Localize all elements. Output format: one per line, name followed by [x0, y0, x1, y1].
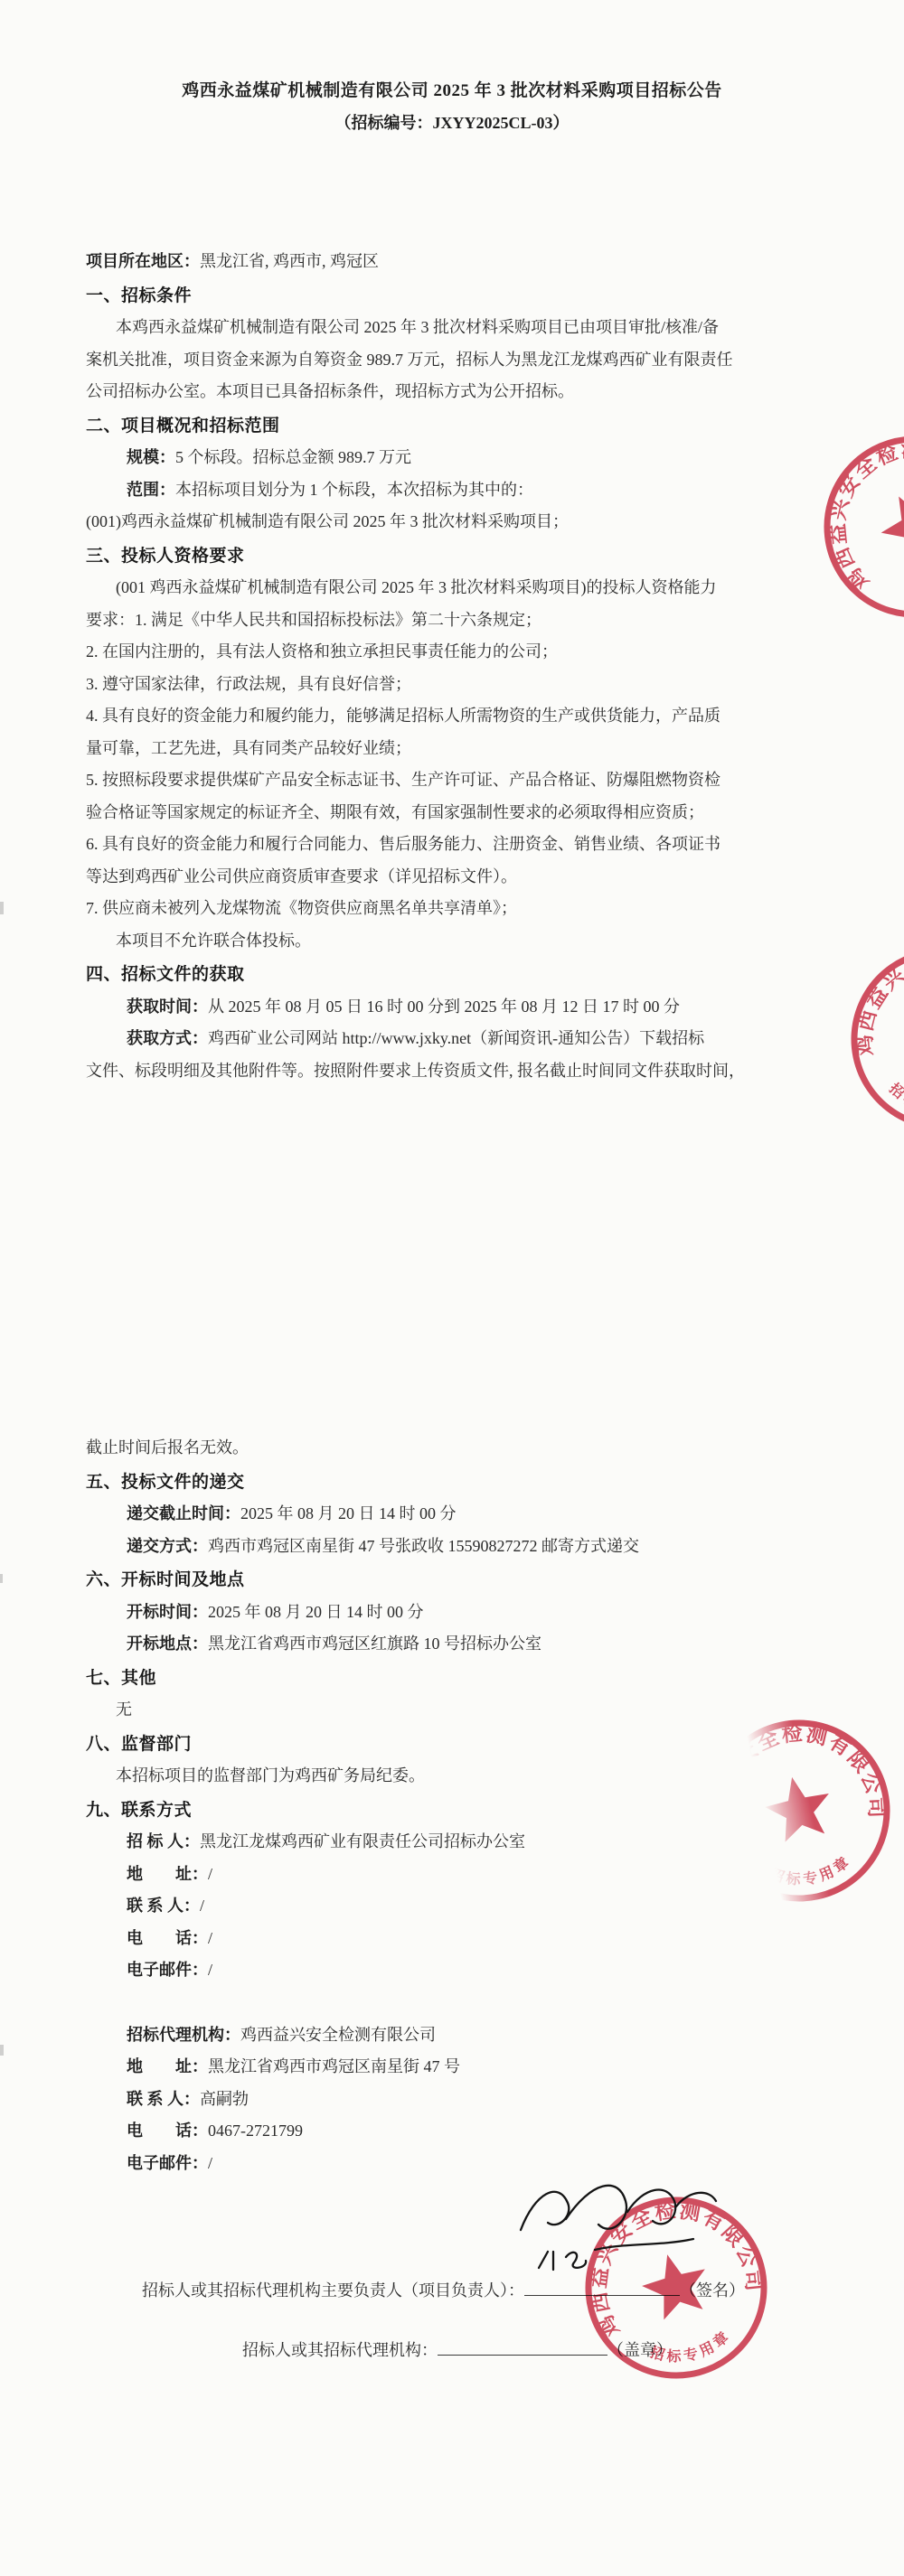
scan-artifact [0, 2045, 4, 2056]
qualification-line: 5. 按照标段要求提供煤矿产品安全标志证书、生产许可证、产品合格证、防爆阻燃物资… [86, 764, 818, 797]
section-4-heading: 四、招标文件的获取 [86, 959, 818, 991]
tenderer-line: 电子邮件：/ [86, 1954, 818, 1987]
scan-artifact [0, 902, 4, 914]
agency-value: / [208, 2154, 212, 2172]
obtain-method-line: 文件、标段明细及其他附件等。按照附件要求上传资质文件, 报名截止时间同文件获取时… [86, 1055, 818, 1088]
agency-line: 招标代理机构：鸡西益兴安全检测有限公司 [86, 2019, 818, 2052]
submit-deadline-label: 递交截止时间： [127, 1504, 240, 1522]
scanned-document-page: 鸡西永益煤矿机械制造有限公司 2025 年 3 批次材料采购项目招标公告 （招标… [0, 0, 904, 2576]
obtain-method-label: 获取方式： [127, 1029, 208, 1047]
tenderer-label: 地 址： [127, 1865, 208, 1883]
agency-value: 高嗣勃 [200, 2090, 249, 2108]
qualification-line: 要求：1. 满足《中华人民共和国招标投标法》第二十六条规定； [86, 604, 818, 637]
qualification-line: 6. 具有良好的资金能力和履行合同能力、售后服务能力、注册资金、销售业绩、各项证… [86, 829, 818, 861]
agency-line: 电 话：0467-2721799 [86, 2115, 818, 2148]
tenderer-value: / [208, 1961, 212, 1979]
qualification-line: 量可靠，工艺先进，具有同类产品较好业绩； [86, 733, 818, 765]
agency-label: 电子邮件： [127, 2154, 208, 2172]
obtain-time-line: 获取时间：从 2025 年 08 月 05 日 16 时 00 分到 2025 … [86, 991, 818, 1024]
section-6-heading: 六、开标时间及地点 [86, 1564, 818, 1597]
agency-value: 黑龙江省鸡西市鸡冠区南星街 47 号 [208, 2057, 460, 2075]
submit-deadline-line: 递交截止时间：2025 年 08 月 20 日 14 时 00 分 [86, 1498, 818, 1531]
open-time-value: 2025 年 08 月 20 日 14 时 00 分 [208, 1603, 424, 1621]
qualification-line: 4. 具有良好的资金能力和履约能力，能够满足招标人所需物资的生产或供货能力，产品… [86, 700, 818, 733]
tenderer-value: / [208, 1865, 212, 1883]
scan-artifact [0, 1574, 3, 1583]
org-seal-label: 招标人或其招标代理机构： [242, 2341, 438, 2359]
agency-label: 地 址： [127, 2057, 208, 2075]
qualification-line: 3. 遵守国家法律，行政法规，具有良好信誉； [86, 669, 818, 701]
submit-method-value: 鸡西市鸡冠区南星街 47 号张政收 15590827272 邮寄方式递交 [208, 1537, 639, 1555]
tenderer-line: 地 址：/ [86, 1859, 818, 1891]
open-time-line: 开标时间：2025 年 08 月 20 日 14 时 00 分 [86, 1597, 818, 1629]
signature-blank [524, 2279, 680, 2296]
section-2-heading: 二、项目概况和招标范围 [86, 410, 818, 443]
section-5-heading: 五、投标文件的递交 [86, 1466, 818, 1499]
agency-line: 地 址：黑龙江省鸡西市鸡冠区南星街 47 号 [86, 2051, 818, 2084]
tenderer-label: 招 标 人： [127, 1832, 200, 1850]
section-7-heading: 七、其他 [86, 1663, 818, 1695]
section-1-body-line: 本鸡西永益煤矿机械制造有限公司 2025 年 3 批次材料采购项目已由项目审批/… [86, 312, 818, 344]
agency-line: 联 系 人：高嗣勃 [86, 2084, 818, 2116]
tenderer-value: / [200, 1897, 204, 1915]
principal-signature-line: 招标人或其招标代理机构主要负责人（项目负责人）：（签名） [86, 2275, 818, 2308]
tenderer-label: 电 话： [127, 1929, 208, 1947]
tenderer-line: 联 系 人：/ [86, 1890, 818, 1923]
section-7-body: 无 [86, 1694, 818, 1727]
scope-line: 范围：本招标项目划分为 1 个标段，本次招标为其中的： [86, 474, 818, 507]
tenderer-line: 电 话：/ [86, 1923, 818, 1955]
tenderer-value: / [208, 1929, 212, 1947]
submit-method-label: 递交方式： [127, 1537, 208, 1555]
scale-value: 5 个标段。招标总金额 989.7 万元 [175, 448, 411, 466]
principal-signature-label: 招标人或其招标代理机构主要负责人（项目负责人）： [142, 2281, 524, 2300]
open-place-line: 开标地点：黑龙江省鸡西市鸡冠区红旗路 10 号招标办公室 [86, 1628, 818, 1661]
qualification-line: 2. 在国内注册的，具有法人资格和独立承担民事责任能力的公司； [86, 636, 818, 669]
section-3-heading: 三、投标人资格要求 [86, 540, 818, 573]
tenderer-label: 联 系 人： [127, 1897, 200, 1915]
tenderer-label: 电子邮件： [127, 1961, 208, 1979]
section-9-heading: 九、联系方式 [86, 1794, 818, 1827]
project-location-line: 项目所在地区：黑龙江省, 鸡西市, 鸡冠区 [86, 246, 818, 278]
signature-gap [86, 2179, 818, 2275]
qualification-line: 7. 供应商未被列入龙煤物流《物资供应商黑名单共享清单》； [86, 893, 818, 925]
qualification-line: 验合格证等国家规定的标证齐全、期限有效，有国家强制性要求的必须取得相应资质； [86, 797, 818, 829]
open-place-value: 黑龙江省鸡西市鸡冠区红旗路 10 号招标办公室 [208, 1635, 541, 1653]
submit-deadline-value: 2025 年 08 月 20 日 14 时 00 分 [240, 1504, 457, 1522]
obtain-method-line: 获取方式：鸡西矿业公司网站 http://www.jxky.net（新闻资讯-通… [86, 1023, 818, 1055]
section-8-heading: 八、监督部门 [86, 1728, 818, 1761]
obtain-method-value: 鸡西矿业公司网站 http://www.jxky.net（新闻资讯-通知公告）下… [208, 1029, 704, 1047]
document-content: 鸡西永益煤矿机械制造有限公司 2025 年 3 批次材料采购项目招标公告 （招标… [0, 0, 904, 2366]
qualification-line: (001 鸡西永益煤矿机械制造有限公司 2025 年 3 批次材料采购项目)的投… [86, 572, 818, 604]
project-location-value: 黑龙江省, 鸡西市, 鸡冠区 [200, 252, 379, 270]
obtain-time-value: 从 2025 年 08 月 05 日 16 时 00 分到 2025 年 08 … [208, 998, 680, 1016]
lot-line: (001)鸡西永益煤矿机械制造有限公司 2025 年 3 批次材料采购项目； [86, 506, 818, 539]
principal-signature-suffix: （签名） [680, 2281, 745, 2300]
scale-line: 规模：5 个标段。招标总金额 989.7 万元 [86, 442, 818, 474]
seal-blank [438, 2338, 607, 2356]
section-1-body-line: 公司招标办公室。本项目已具备招标条件，现招标方式为公开招标。 [86, 376, 818, 408]
scale-label: 规模： [127, 448, 175, 466]
section-1-heading: 一、招标条件 [86, 280, 818, 313]
tender-number: （招标编号：JXYY2025CL-03） [86, 105, 818, 141]
agency-label: 联 系 人： [127, 2090, 200, 2108]
submit-method-line: 递交方式：鸡西市鸡冠区南星街 47 号张政收 15590827272 邮寄方式递… [86, 1531, 818, 1563]
open-time-label: 开标时间： [127, 1603, 208, 1621]
section-1-body-line: 案机关批准，项目资金来源为自筹资金 989.7 万元，招标人为黑龙江龙煤鸡西矿业… [86, 344, 818, 377]
agency-value: 0467-2721799 [208, 2122, 303, 2140]
agency-value: 鸡西益兴安全检测有限公司 [240, 2026, 436, 2044]
agency-label: 招标代理机构： [127, 2026, 240, 2044]
scope-value: 本招标项目划分为 1 个标段，本次招标为其中的： [175, 481, 533, 499]
obtain-time-label: 获取时间： [127, 998, 208, 1016]
document-title: 鸡西永益煤矿机械制造有限公司 2025 年 3 批次材料采购项目招标公告 [86, 78, 818, 105]
org-seal-line: 招标人或其招标代理机构：（盖章） [86, 2335, 818, 2367]
org-seal-suffix: （盖章） [607, 2341, 673, 2359]
tenderer-value: 黑龙江龙煤鸡西矿业有限责任公司招标办公室 [200, 1832, 525, 1850]
consortium-note: 本项目不允许联合体投标。 [86, 925, 818, 958]
obtain-method-line: 截止时间后报名无效。 [86, 1432, 818, 1465]
project-location-label: 项目所在地区： [86, 252, 200, 270]
tenderer-line: 招 标 人：黑龙江龙煤鸡西矿业有限责任公司招标办公室 [86, 1826, 818, 1859]
page-break-gap [86, 1087, 818, 1432]
qualification-line: 等达到鸡西矿业公司供应商资质审查要求（详见招标文件）。 [86, 861, 818, 894]
block-gap [86, 1987, 818, 2019]
open-place-label: 开标地点： [127, 1635, 208, 1653]
agency-line: 电子邮件：/ [86, 2148, 818, 2180]
scope-label: 范围： [127, 481, 175, 499]
agency-label: 电 话： [127, 2122, 208, 2140]
section-8-body: 本招标项目的监督部门为鸡西矿务局纪委。 [86, 1760, 818, 1793]
